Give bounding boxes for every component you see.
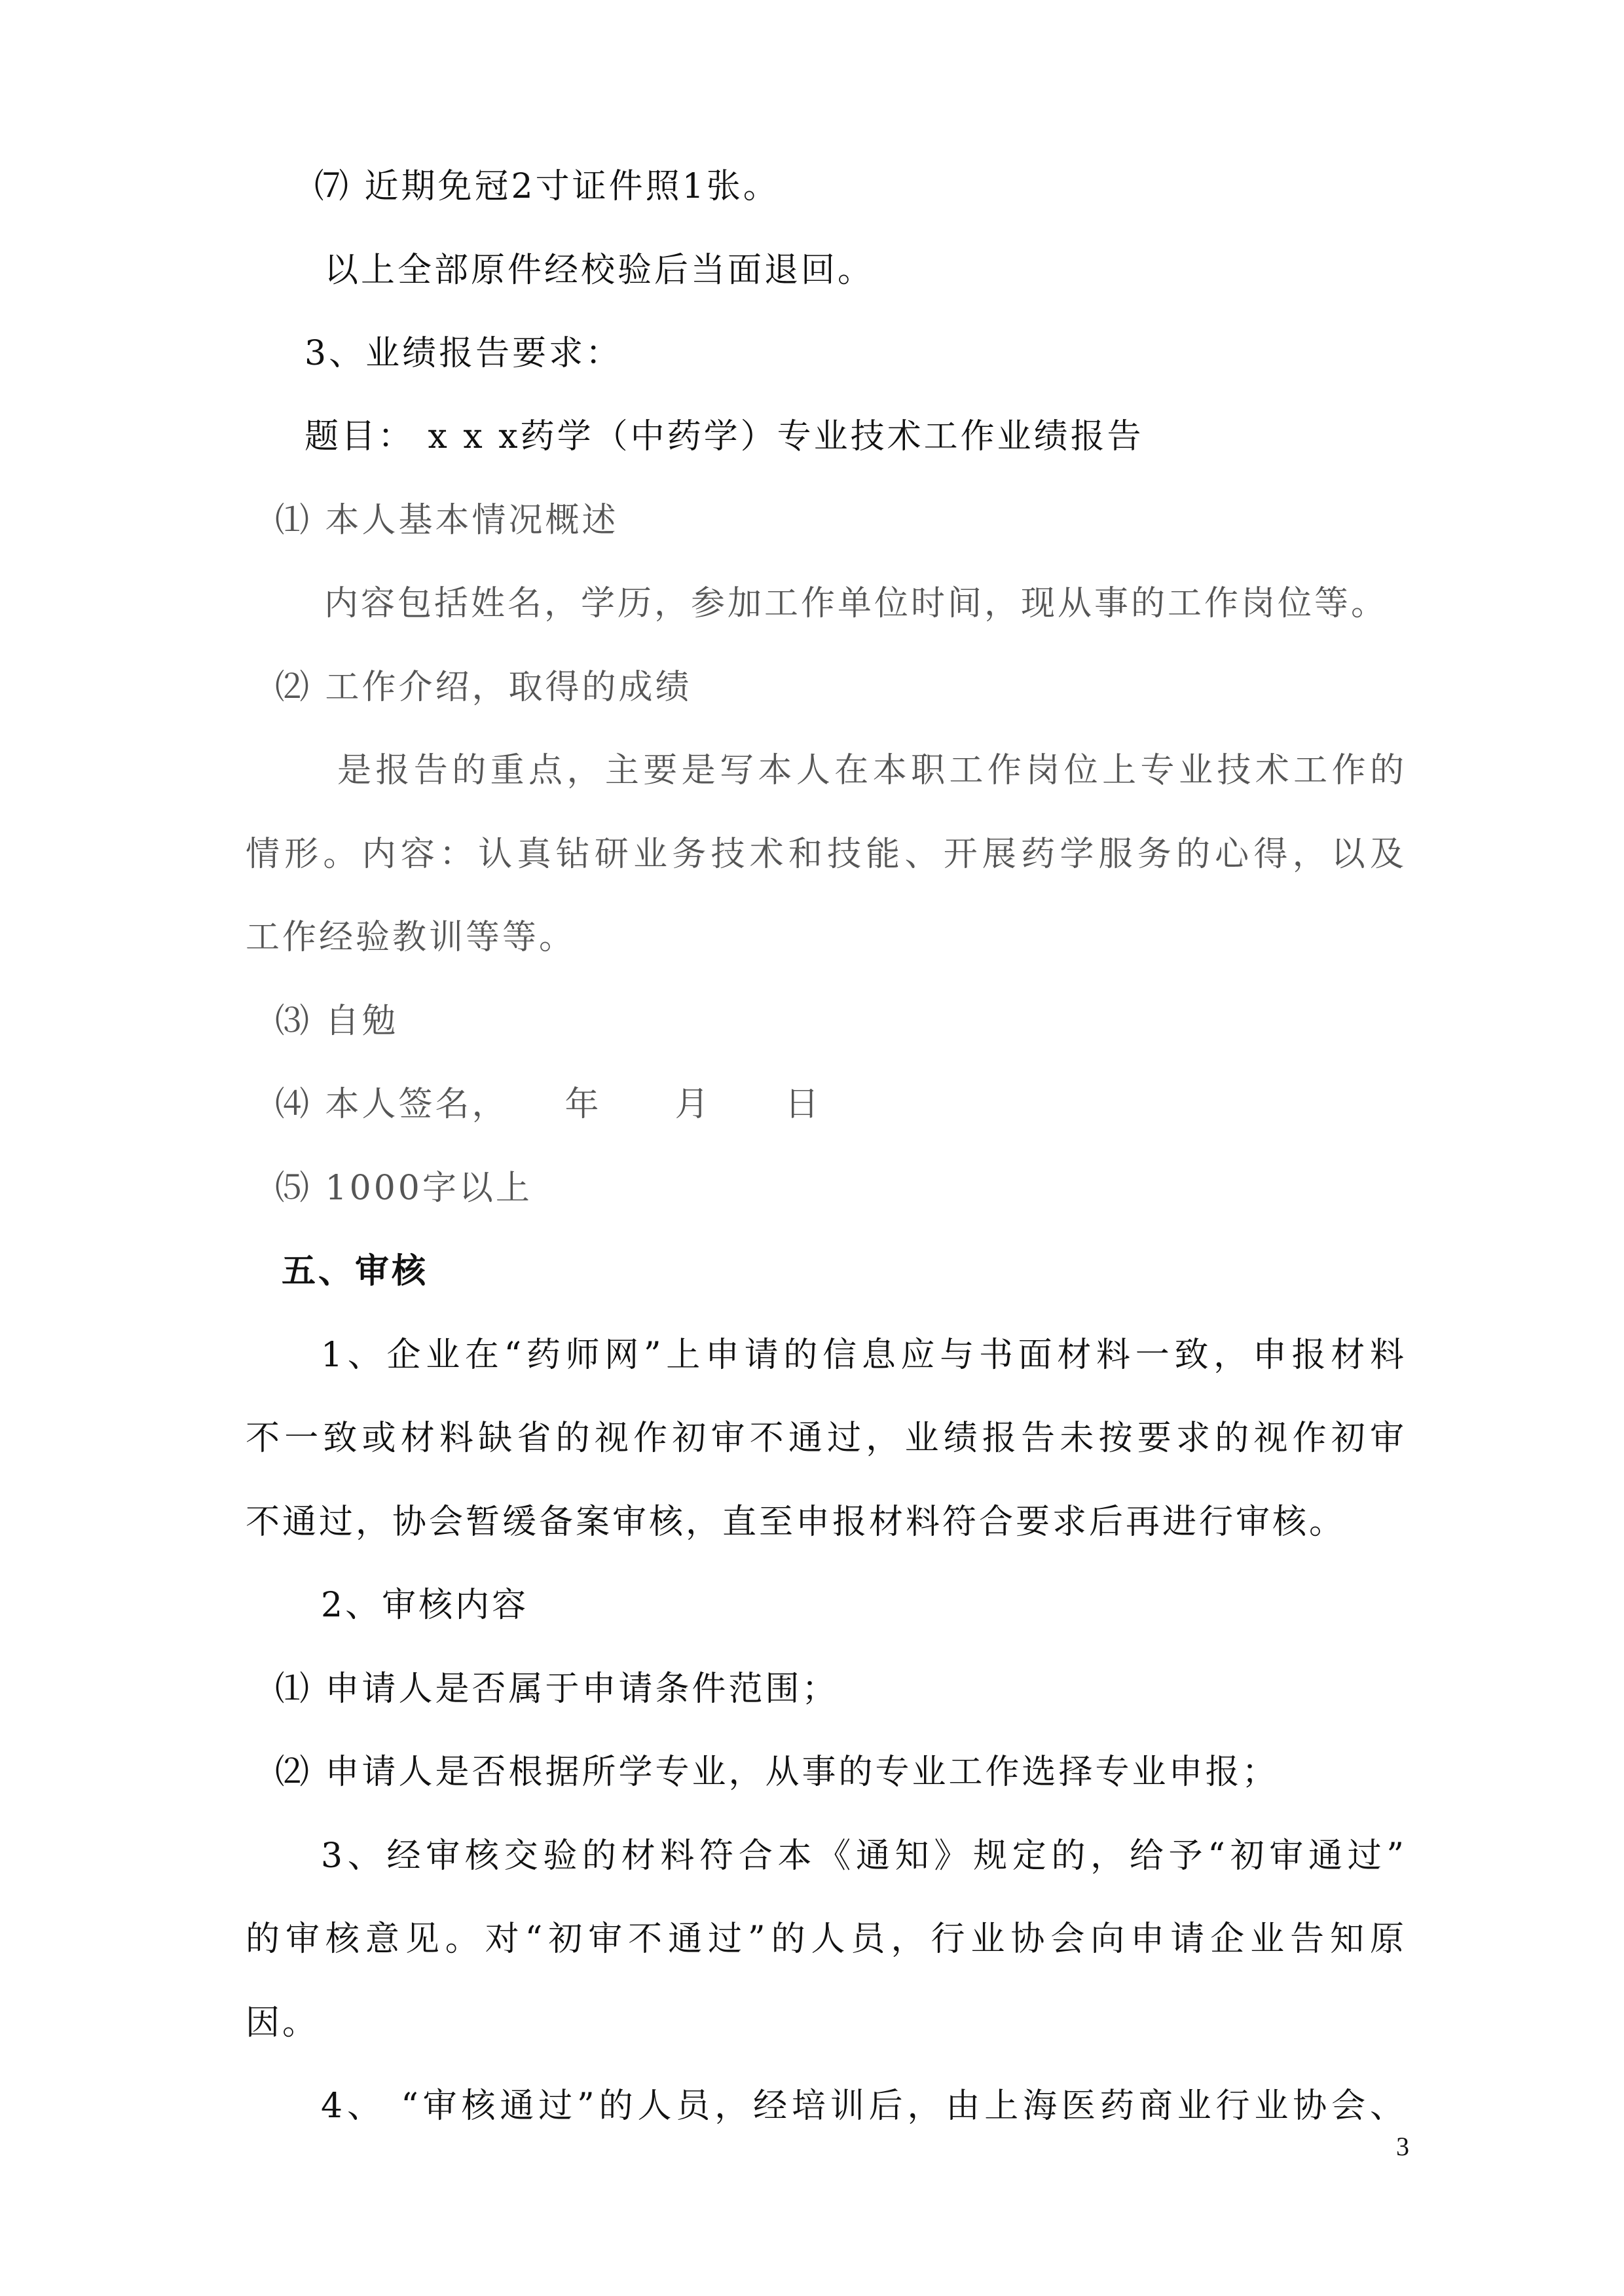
paragraph-line: ⑷ 本人签名， 年 月 日 [275, 1084, 822, 1125]
paragraph-line: 不通过，协会暂缓备案审核，直至申报材料符合要求后再进行审核。 [246, 1501, 1346, 1543]
paragraph-line: 是报告的重点，主要是写本人在本职工作岗位上专业技术工作的 [337, 750, 1407, 792]
paragraph-line: 1、企业在“药师网”上申请的信息应与书面材料一致，申报材料 [321, 1334, 1407, 1376]
paragraph-line: ⑴ 申请人是否属于申请条件范围； [275, 1668, 839, 1710]
paragraph-line: 题目： x x x药学（中药学）专业技术工作业绩报告 [304, 416, 1144, 458]
paragraph-line: 的审核意见。对“初审不通过”的人员，行业协会向申请企业告知原 [246, 1918, 1407, 1960]
paragraph-line: 情形。内容：认真钻研业务技术和技能、开展药学服务的心得，以及 [246, 833, 1407, 875]
page-number: 3 [1396, 2131, 1409, 2162]
paragraph-line: 内容包括姓名，学历，参加工作单位时间，现从事的工作岗位等。 [324, 583, 1388, 625]
paragraph-line: 以上全部原件经校验后当面退回。 [324, 249, 874, 291]
paragraph-line: 不一致或材料缺省的视作初审不通过，业绩报告未按要求的视作初审 [246, 1417, 1407, 1459]
paragraph-line: 3、业绩报告要求： [304, 333, 622, 374]
paragraph-line: ⑶ 自勉 [275, 1000, 399, 1042]
paragraph-line: 2、审核内容 [321, 1584, 528, 1626]
paragraph-line: 因。 [246, 2002, 319, 2044]
paragraph-line: ⑺ 近期免冠2寸证件照1张。 [314, 166, 780, 208]
paragraph-line: 3、经审核交验的材料符合本《通知》规定的，给予“初审通过” [321, 1835, 1407, 1877]
paragraph-line: 工作经验教训等等。 [246, 917, 576, 958]
paragraph-line: ⑴ 本人基本情况概述 [275, 500, 619, 541]
section-heading: 五、审核 [282, 1250, 428, 1292]
paragraph-line: ⑵ 工作介绍，取得的成绩 [275, 666, 692, 708]
paragraph-line: ⑵ 申请人是否根据所学专业，从事的专业工作选择专业申报； [275, 1751, 1279, 1793]
paragraph-line: 4、 “审核通过”的人员，经培训后，由上海医药商业行业协会、 [321, 2085, 1407, 2127]
paragraph-line: ⑸ 1000字以上 [275, 1167, 532, 1209]
